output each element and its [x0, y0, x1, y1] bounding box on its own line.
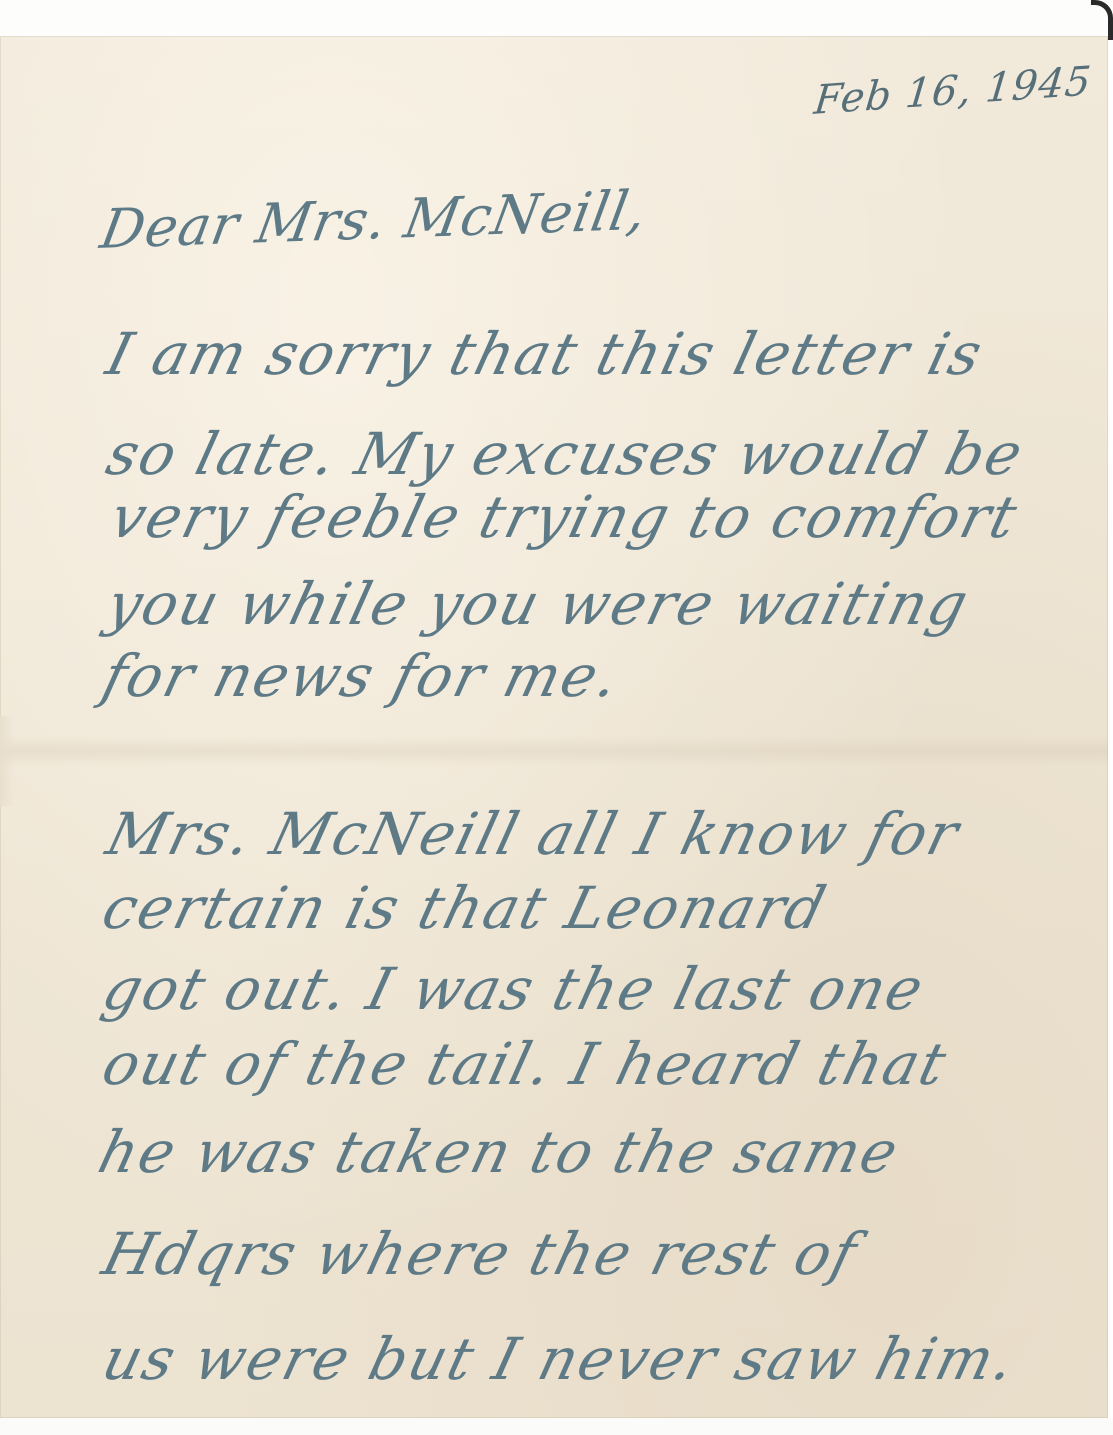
- scan-top-margin: [0, 0, 1113, 36]
- paper-edge-tear: [0, 716, 14, 806]
- letter-line: Mrs. McNeill all I know for: [100, 800, 967, 868]
- letter-line: out of the tail. I heard that: [96, 1030, 955, 1098]
- letter-line: for news for me.: [96, 642, 627, 710]
- letter-line: I am sorry that this letter is: [100, 320, 990, 388]
- letter-line: he was taken to the same: [92, 1118, 906, 1186]
- letter-line: you while you were waiting: [100, 570, 976, 638]
- letter-line: so late. My excuses would be: [100, 420, 1031, 488]
- letter-line: got out. I was the last one: [96, 955, 932, 1023]
- letter-line: us were but I never saw him.: [96, 1325, 1023, 1393]
- paper-fold-line: [0, 736, 1108, 766]
- letter-line: Hdqrs where the rest of: [96, 1220, 865, 1288]
- letter-line: very feeble trying to comfort: [104, 483, 1025, 551]
- letter-line: certain is that Leonard: [96, 874, 834, 942]
- scan-bottom-margin: [0, 1418, 1113, 1435]
